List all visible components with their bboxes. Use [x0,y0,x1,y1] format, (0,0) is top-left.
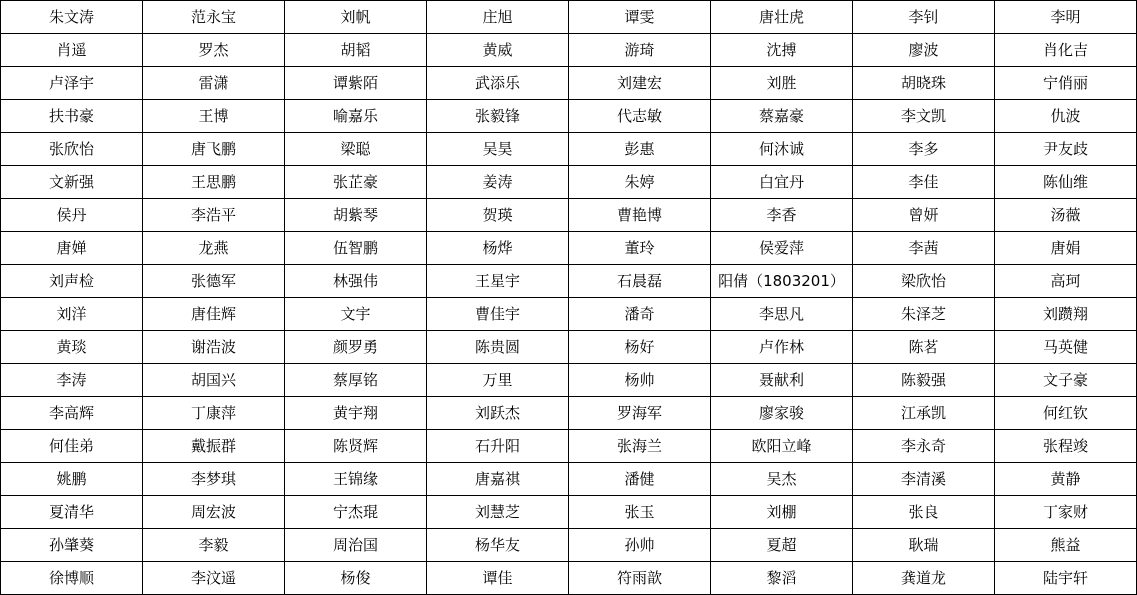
table-cell: 董玲 [569,232,711,265]
table-cell: 耿瑞 [853,529,995,562]
table-cell: 符雨歆 [569,562,711,595]
table-cell: 张芷豪 [285,166,427,199]
table-cell: 雷潇 [143,67,285,100]
table-cell: 蔡嘉豪 [711,100,853,133]
table-cell: 范永宝 [143,1,285,34]
table-cell: 石晨磊 [569,265,711,298]
table-cell: 陈贤辉 [285,430,427,463]
table-cell: 贺瑛 [427,199,569,232]
table-cell: 李茜 [853,232,995,265]
table-cell: 罗海军 [569,397,711,430]
table-cell: 李梦琪 [143,463,285,496]
table-cell: 孙帅 [569,529,711,562]
table-row: 唐婵龙燕伍智鹏杨烨董玲侯爱萍李茜唐娟 [1,232,1137,265]
table-cell: 杨俊 [285,562,427,595]
table-cell: 何红钦 [995,397,1137,430]
page: 朱文涛范永宝刘帆庄旭谭雯唐壮虎李钊李明肖遥罗杰胡韬黄威游琦沈搏廖波肖化吉卢泽宇雷… [0,0,1137,595]
table-cell: 何沐诚 [711,133,853,166]
table-cell: 卢作林 [711,331,853,364]
table-cell: 胡国兴 [143,364,285,397]
table-cell: 刘躜翔 [995,298,1137,331]
table-cell: 李多 [853,133,995,166]
table-cell: 陈茗 [853,331,995,364]
table-cell: 谭雯 [569,1,711,34]
table-cell: 谢浩波 [143,331,285,364]
table-cell: 曾妍 [853,199,995,232]
table-cell: 谭佳 [427,562,569,595]
table-row: 张欣怡唐飞鹏梁聪吴昊彭惠何沐诚李多尹友歧 [1,133,1137,166]
table-cell: 李香 [711,199,853,232]
table-cell: 张程竣 [995,430,1137,463]
table-cell: 李浩平 [143,199,285,232]
table-cell: 江承凯 [853,397,995,430]
table-cell: 庄旭 [427,1,569,34]
table-cell: 汤薇 [995,199,1137,232]
table-cell: 卢泽宇 [1,67,143,100]
table-cell: 唐佳辉 [143,298,285,331]
table-cell: 夏清华 [1,496,143,529]
table-cell: 陈贵圆 [427,331,569,364]
table-cell: 尹友歧 [995,133,1137,166]
table-cell: 丁康萍 [143,397,285,430]
table-cell: 吴昊 [427,133,569,166]
table-cell: 刘慧芝 [427,496,569,529]
table-cell: 戴振群 [143,430,285,463]
table-cell: 李汶遥 [143,562,285,595]
table-cell: 张海兰 [569,430,711,463]
table-cell: 马英健 [995,331,1137,364]
table-cell: 胡紫琴 [285,199,427,232]
table-cell: 王锦缘 [285,463,427,496]
table-cell: 李文凯 [853,100,995,133]
table-cell: 万里 [427,364,569,397]
table-cell: 聂献利 [711,364,853,397]
table-cell: 廖家骏 [711,397,853,430]
name-table: 朱文涛范永宝刘帆庄旭谭雯唐壮虎李钊李明肖遥罗杰胡韬黄威游琦沈搏廖波肖化吉卢泽宇雷… [0,0,1137,595]
table-cell: 肖遥 [1,34,143,67]
table-cell: 李清溪 [853,463,995,496]
table-cell: 唐嘉祺 [427,463,569,496]
table-cell: 扶书豪 [1,100,143,133]
table-cell: 潘奇 [569,298,711,331]
name-table-body: 朱文涛范永宝刘帆庄旭谭雯唐壮虎李钊李明肖遥罗杰胡韬黄威游琦沈搏廖波肖化吉卢泽宇雷… [1,1,1137,595]
table-row: 姚鹏李梦琪王锦缘唐嘉祺潘健吴杰李清溪黄静 [1,463,1137,496]
table-cell: 龙燕 [143,232,285,265]
table-cell: 李佳 [853,166,995,199]
table-cell: 曹佳宇 [427,298,569,331]
table-cell: 陈毅强 [853,364,995,397]
table-cell: 沈搏 [711,34,853,67]
table-cell: 唐娟 [995,232,1137,265]
table-cell: 林强伟 [285,265,427,298]
table-cell: 侯爱萍 [711,232,853,265]
table-cell: 周宏波 [143,496,285,529]
table-row: 肖遥罗杰胡韬黄威游琦沈搏廖波肖化吉 [1,34,1137,67]
table-row: 侯丹李浩平胡紫琴贺瑛曹艳博李香曾妍汤薇 [1,199,1137,232]
table-cell: 唐壮虎 [711,1,853,34]
table-cell: 喻嘉乐 [285,100,427,133]
table-cell: 欧阳立峰 [711,430,853,463]
table-cell: 梁欣怡 [853,265,995,298]
table-cell: 代志敏 [569,100,711,133]
table-cell: 杨华友 [427,529,569,562]
table-cell: 王思鹏 [143,166,285,199]
table-cell: 曹艳博 [569,199,711,232]
table-cell: 宁俏丽 [995,67,1137,100]
table-cell: 刘跃杰 [427,397,569,430]
table-cell: 刘胜 [711,67,853,100]
table-cell: 黄威 [427,34,569,67]
table-cell: 李永奇 [853,430,995,463]
table-cell: 熊益 [995,529,1137,562]
table-cell: 姚鹏 [1,463,143,496]
table-cell: 张玉 [569,496,711,529]
table-cell: 王博 [143,100,285,133]
table-row: 李高辉丁康萍黄宇翔刘跃杰罗海军廖家骏江承凯何红钦 [1,397,1137,430]
table-row: 扶书豪王博喻嘉乐张毅锋代志敏蔡嘉豪李文凯仇波 [1,100,1137,133]
table-cell: 唐婵 [1,232,143,265]
table-cell: 仇波 [995,100,1137,133]
table-cell: 阳倩（1803201） [711,265,853,298]
table-cell: 朱泽芝 [853,298,995,331]
table-cell: 文子豪 [995,364,1137,397]
table-cell: 夏超 [711,529,853,562]
table-cell: 杨烨 [427,232,569,265]
table-cell: 石升阳 [427,430,569,463]
table-row: 黄琰谢浩波颜罗勇陈贵圆杨好卢作林陈茗马英健 [1,331,1137,364]
table-cell: 陈仙维 [995,166,1137,199]
table-cell: 朱婷 [569,166,711,199]
table-cell: 张良 [853,496,995,529]
table-cell: 王星宇 [427,265,569,298]
table-row: 朱文涛范永宝刘帆庄旭谭雯唐壮虎李钊李明 [1,1,1137,34]
table-cell: 刘棚 [711,496,853,529]
table-row: 夏清华周宏波宁杰琨刘慧芝张玉刘棚张良丁家财 [1,496,1137,529]
table-cell: 唐飞鹏 [143,133,285,166]
table-cell: 姜涛 [427,166,569,199]
table-cell: 李毅 [143,529,285,562]
table-cell: 宁杰琨 [285,496,427,529]
table-cell: 黄静 [995,463,1137,496]
table-cell: 黎滔 [711,562,853,595]
table-row: 徐博顺李汶遥杨俊谭佳符雨歆黎滔龚道龙陆宇轩 [1,562,1137,595]
table-cell: 张欣怡 [1,133,143,166]
table-cell: 张毅锋 [427,100,569,133]
table-cell: 李高辉 [1,397,143,430]
table-cell: 刘声检 [1,265,143,298]
table-cell: 武添乐 [427,67,569,100]
table-cell: 文新强 [1,166,143,199]
table-row: 刘声检张德军林强伟王星宇石晨磊阳倩（1803201）梁欣怡高珂 [1,265,1137,298]
table-cell: 张德军 [143,265,285,298]
table-row: 卢泽宇雷潇谭紫陌武添乐刘建宏刘胜胡晓珠宁俏丽 [1,67,1137,100]
table-cell: 蔡厚铭 [285,364,427,397]
table-cell: 刘帆 [285,1,427,34]
table-cell: 黄琰 [1,331,143,364]
table-row: 何佳弟戴振群陈贤辉石升阳张海兰欧阳立峰李永奇张程竣 [1,430,1137,463]
table-cell: 廖波 [853,34,995,67]
table-cell: 颜罗勇 [285,331,427,364]
table-cell: 陆宇轩 [995,562,1137,595]
table-cell: 李钊 [853,1,995,34]
table-cell: 刘建宏 [569,67,711,100]
table-row: 李涛胡国兴蔡厚铭万里杨帅聂献利陈毅强文子豪 [1,364,1137,397]
table-cell: 游琦 [569,34,711,67]
table-cell: 白宜丹 [711,166,853,199]
table-cell: 伍智鹏 [285,232,427,265]
table-cell: 罗杰 [143,34,285,67]
table-cell: 李涛 [1,364,143,397]
table-cell: 周治国 [285,529,427,562]
table-cell: 梁聪 [285,133,427,166]
table-row: 文新强王思鹏张芷豪姜涛朱婷白宜丹李佳陈仙维 [1,166,1137,199]
table-cell: 潘健 [569,463,711,496]
table-cell: 杨帅 [569,364,711,397]
table-row: 孙肇葵李毅周治国杨华友孙帅夏超耿瑞熊益 [1,529,1137,562]
table-cell: 文宇 [285,298,427,331]
table-row: 刘洋唐佳辉文宇曹佳宇潘奇李思凡朱泽芝刘躜翔 [1,298,1137,331]
table-cell: 孙肇葵 [1,529,143,562]
table-cell: 彭惠 [569,133,711,166]
table-cell: 李明 [995,1,1137,34]
table-cell: 朱文涛 [1,1,143,34]
table-cell: 何佳弟 [1,430,143,463]
table-cell: 高珂 [995,265,1137,298]
table-cell: 谭紫陌 [285,67,427,100]
table-cell: 龚道龙 [853,562,995,595]
table-cell: 刘洋 [1,298,143,331]
table-cell: 肖化吉 [995,34,1137,67]
table-cell: 黄宇翔 [285,397,427,430]
table-cell: 侯丹 [1,199,143,232]
table-cell: 吴杰 [711,463,853,496]
table-cell: 丁家财 [995,496,1137,529]
table-cell: 李思凡 [711,298,853,331]
table-cell: 胡韬 [285,34,427,67]
table-cell: 杨好 [569,331,711,364]
table-cell: 徐博顺 [1,562,143,595]
table-cell: 胡晓珠 [853,67,995,100]
